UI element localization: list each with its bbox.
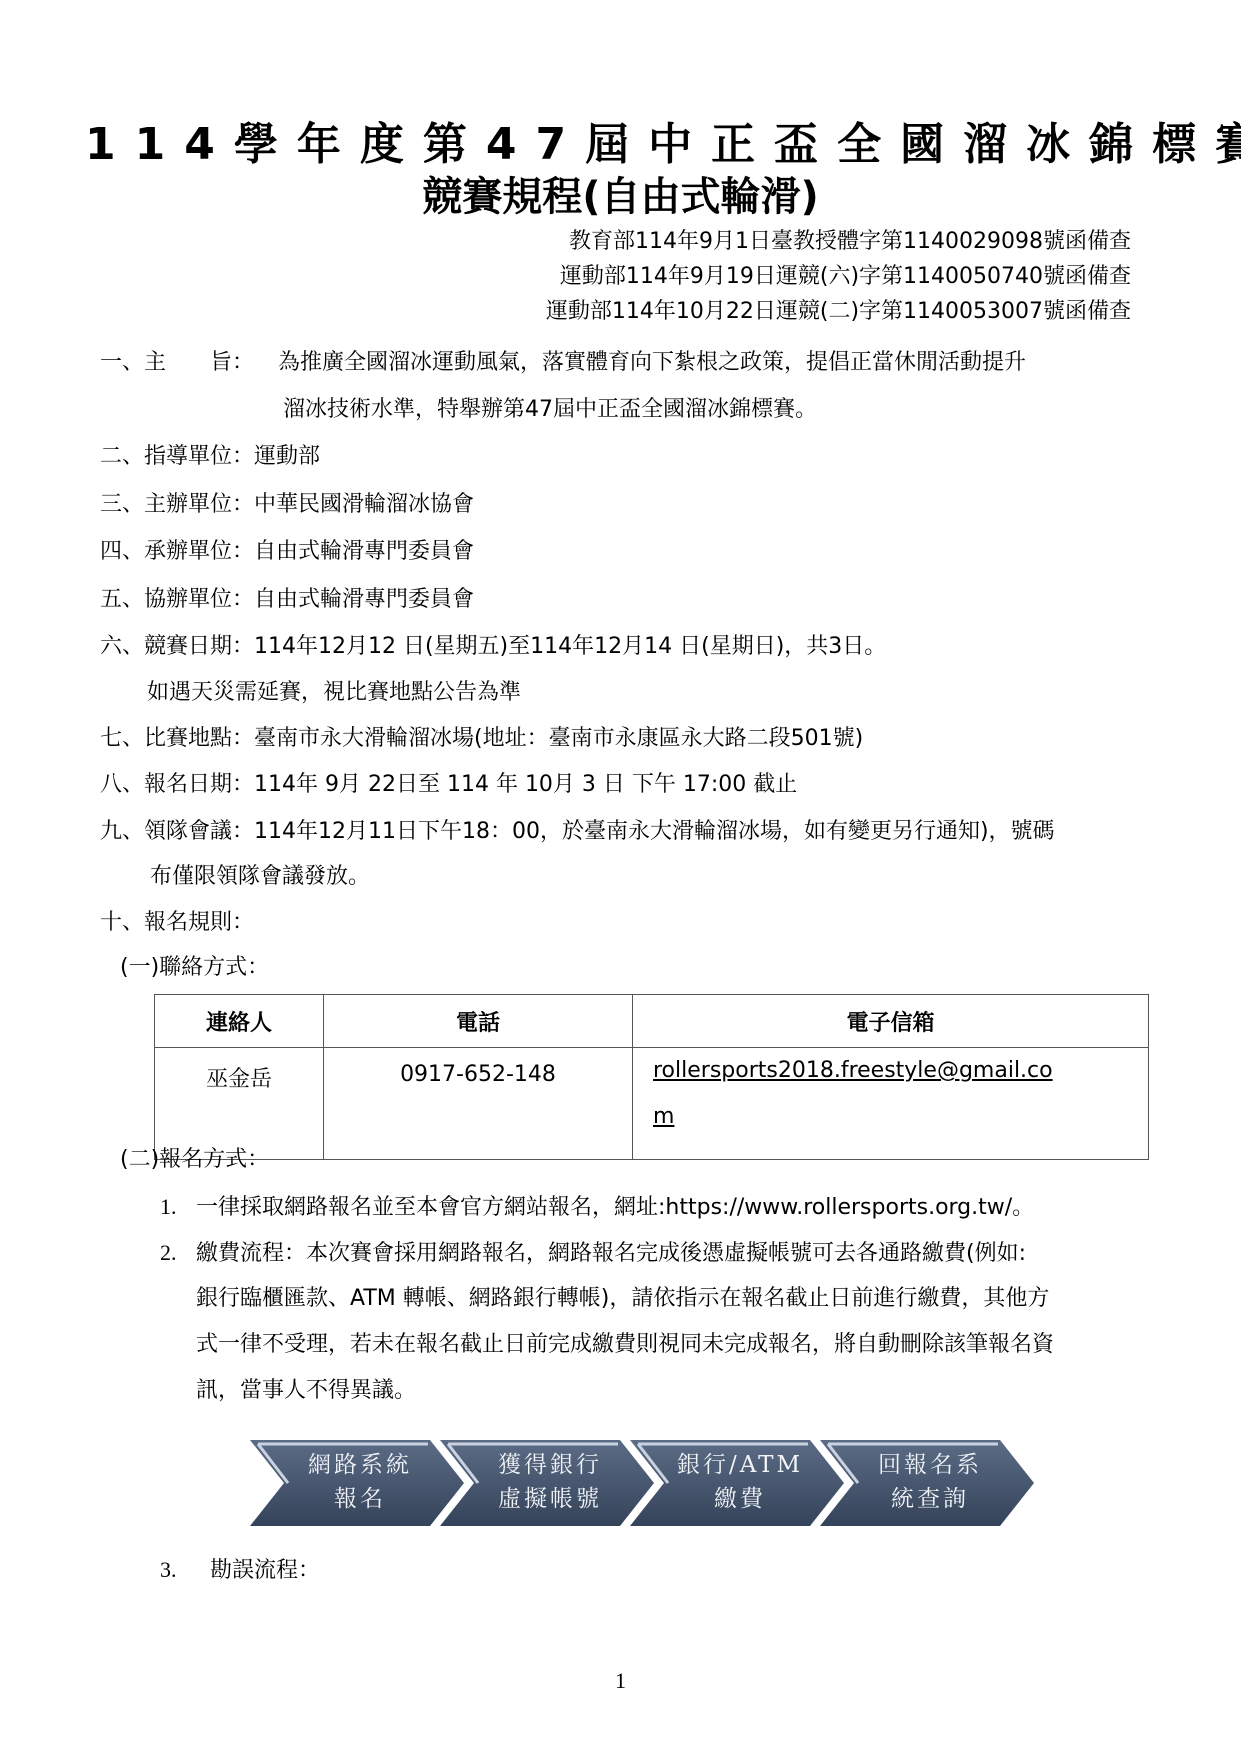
table-header-row: 連絡人 電話 電子信箱	[155, 995, 1149, 1048]
flow-step: 獲得銀行虛擬帳號	[440, 1440, 654, 1526]
flow-step: 回報名系統查詢	[820, 1440, 1034, 1526]
subsection-contact: (一)聯絡方式：	[120, 953, 269, 983]
page-number: 1	[0, 1668, 1241, 1694]
section-registration-date: 八、報名日期：114年 9月 22日至 114 年 10月 3 日 下午 17:…	[100, 770, 797, 800]
header-phone: 電話	[324, 995, 633, 1048]
section-purpose: 一、主 旨：為推廣全國溜冰運動風氣，落實體育向下紮根之政策，提倡正當休閒活動提升	[100, 348, 1026, 378]
list-number: 2.	[160, 1238, 196, 1268]
list-text-cont: 訊，當事人不得異議。	[196, 1376, 416, 1406]
list-item: 1.一律採取網路報名並至本會官方網站報名，網址:https://www.roll…	[160, 1192, 1034, 1223]
section-dates: 六、競賽日期：114年12月12 日(星期五)至114年12月14 日(星期日)…	[100, 632, 886, 662]
list-text: 勘誤流程：	[210, 1558, 320, 1583]
cell-contact-person: 巫金岳	[155, 1048, 324, 1160]
document-title: 114學年度第47屆中正盃全國溜冰錦標賽	[85, 118, 1155, 172]
table-row: 巫金岳 0917-652-148 rollersports2018.freest…	[155, 1048, 1149, 1160]
reference-line: 運動部114年10月22日運競(二)字第1140053007號函備查	[546, 297, 1131, 327]
list-text: 繳費流程：本次賽會採用網路報名，網路報名完成後憑虛擬帳號可去各通路繳費(例如:	[196, 1241, 1026, 1266]
list-text-cont: 式一律不受理，若未在報名截止日前完成繳費則視同未完成報名，將自動刪除該筆報名資	[196, 1330, 1054, 1360]
section-co-organizer: 五、協辦單位：自由式輪滑專門委員會	[100, 585, 474, 615]
subsection-registration-method: (二)報名方式：	[120, 1145, 269, 1175]
section-contractor: 四、承辦單位：自由式輪滑專門委員會	[100, 537, 474, 567]
flow-step: 網路系統報名	[250, 1440, 464, 1526]
list-item: 2.繳費流程：本次賽會採用網路報名，網路報名完成後憑虛擬帳號可去各通路繳費(例如…	[160, 1238, 1026, 1269]
flow-step: 銀行/ATM繳費	[630, 1440, 844, 1526]
section-team-meeting-cont: 布僅限領隊會議發放。	[150, 862, 370, 892]
list-number: 1.	[160, 1192, 196, 1222]
section-organizer: 三、主辦單位：中華民國滑輪溜冰協會	[100, 490, 474, 520]
section-dates-note: 如遇天災需延賽，視比賽地點公告為準	[147, 678, 521, 708]
header-contact-person: 連絡人	[155, 995, 324, 1048]
list-text-cont: 銀行臨櫃匯款、ATM 轉帳、網路銀行轉帳)，請依指示在報名截止日前進行繳費，其他…	[196, 1284, 1049, 1314]
list-number: 3.	[160, 1555, 210, 1585]
section-venue: 七、比賽地點：臺南市永大滑輪溜冰場(地址：臺南市永康區永大路二段501號)	[100, 724, 863, 754]
contact-table: 連絡人 電話 電子信箱 巫金岳 0917-652-148 rollersport…	[154, 994, 1149, 1160]
cell-phone: 0917-652-148	[324, 1048, 633, 1160]
reference-line: 教育部114年9月1日臺教授體字第1140029098號函備查	[569, 227, 1131, 257]
section-registration-rules: 十、報名規則：	[100, 908, 254, 938]
reference-line: 運動部114年9月19日運競(六)字第1140050740號函備查	[560, 262, 1131, 292]
section-text-cont: 溜冰技術水準，特舉辦第47屆中正盃全國溜冰錦標賽。	[283, 395, 817, 425]
document-subtitle: 競賽規程(自由式輪滑)	[0, 172, 1241, 222]
section-guidance: 二、指導單位：運動部	[100, 442, 320, 472]
section-label: 一、主 旨：	[100, 348, 278, 378]
cell-email: rollersports2018.freestyle@gmail.com	[633, 1048, 1149, 1160]
section-team-meeting: 九、領隊會議：114年12月11日下午18：00，於臺南永大滑輪溜冰場，如有變更…	[100, 817, 1055, 847]
email-link[interactable]: rollersports2018.freestyle@gmail.com	[653, 1048, 1073, 1140]
section-text: 為推廣全國溜冰運動風氣，落實體育向下紮根之政策，提倡正當休閒活動提升	[278, 350, 1026, 375]
header-email: 電子信箱	[633, 995, 1149, 1048]
list-item: 3.勘誤流程：	[160, 1555, 320, 1586]
list-text: 一律採取網路報名並至本會官方網站報名，網址:https://www.roller…	[196, 1195, 1034, 1220]
